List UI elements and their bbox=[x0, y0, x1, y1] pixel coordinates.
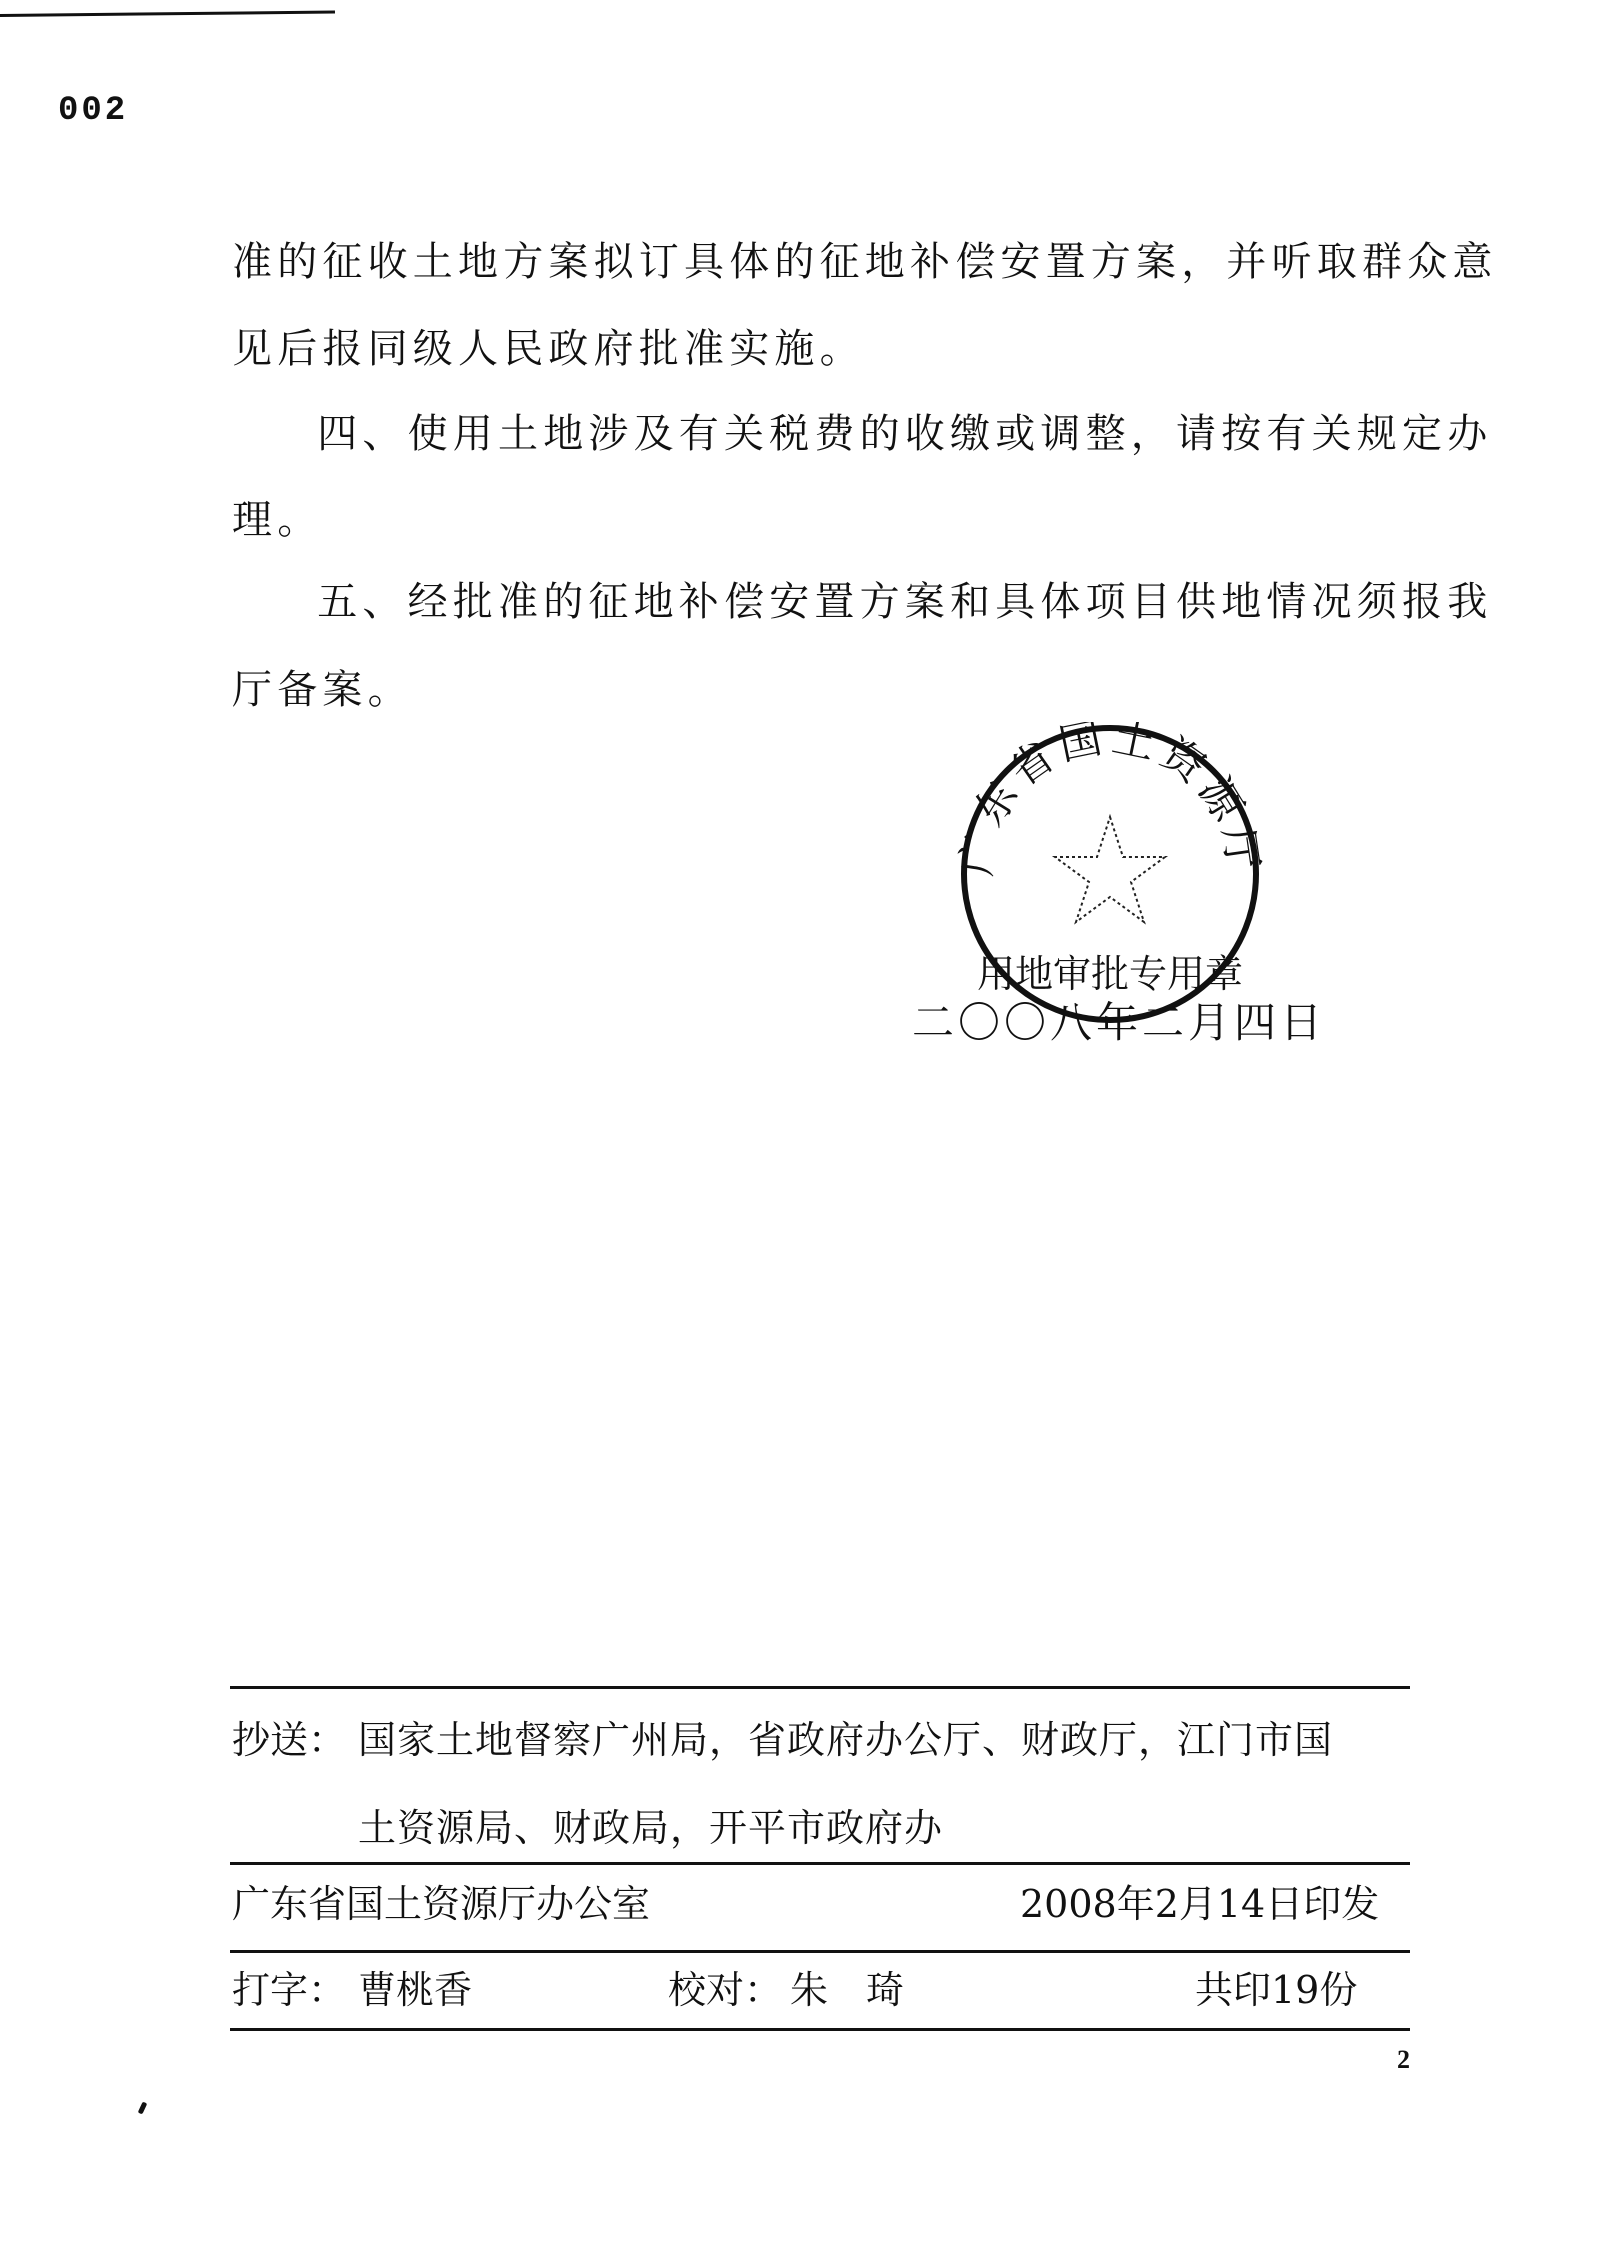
footer-rule-bottom bbox=[230, 2028, 1410, 2031]
body-line-5: 五、经批准的征地补偿安置方案和具体项目供地情况须报我 bbox=[272, 580, 1452, 624]
body-line-1: 准的征收土地方案拟订具体的征地补偿安置方案，并听取群众意 bbox=[232, 240, 1412, 284]
issue-date: 2008年2月14日印发 bbox=[1020, 1882, 1379, 1926]
body-line-4: 理。 bbox=[232, 498, 1412, 542]
official-seal: 广东省国土资源厅 用地审批专用章 bbox=[955, 722, 1265, 1027]
cc-recipients-line1: 国家土地督察广州局，省政府办公厅、财政厅，江门市国 bbox=[358, 1718, 1333, 1762]
page-number: 2 bbox=[1397, 2045, 1410, 2075]
cc-label: 抄送： bbox=[232, 1718, 346, 1762]
body-line-3: 四、使用土地涉及有关税费的收缴或调整，请按有关规定办 bbox=[272, 412, 1452, 456]
seal-icon: 广东省国土资源厅 用地审批专用章 bbox=[955, 722, 1265, 1027]
issuer: 广东省国土资源厅办公室 bbox=[232, 1882, 650, 1926]
scan-top-line bbox=[0, 10, 335, 17]
document-number: 002 bbox=[58, 92, 128, 130]
copies-count: 共印19份 bbox=[1195, 1968, 1357, 2012]
body-line-6: 厅备案。 bbox=[232, 668, 1412, 712]
body-line-2: 见后报同级人民政府批准实施。 bbox=[232, 327, 1412, 371]
svg-text:广东省国土资源厅: 广东省国土资源厅 bbox=[955, 722, 1265, 879]
typist-name: 曹桃香 bbox=[358, 1968, 472, 2012]
signature-date: 二〇〇八年二月四日 bbox=[912, 990, 1326, 1050]
proofreader-label: 校对： bbox=[668, 1968, 782, 2012]
footer-rule-mid bbox=[230, 1862, 1410, 1865]
typist-label: 打字： bbox=[232, 1968, 346, 2012]
footer-rule-mid2 bbox=[230, 1950, 1410, 1953]
footer-rule-top bbox=[230, 1686, 1410, 1689]
scan-speck bbox=[138, 2102, 148, 2115]
proofreader-name: 朱 琦 bbox=[790, 1968, 904, 2012]
cc-recipients-line2: 土资源局、财政局，开平市政府办 bbox=[358, 1806, 943, 1850]
